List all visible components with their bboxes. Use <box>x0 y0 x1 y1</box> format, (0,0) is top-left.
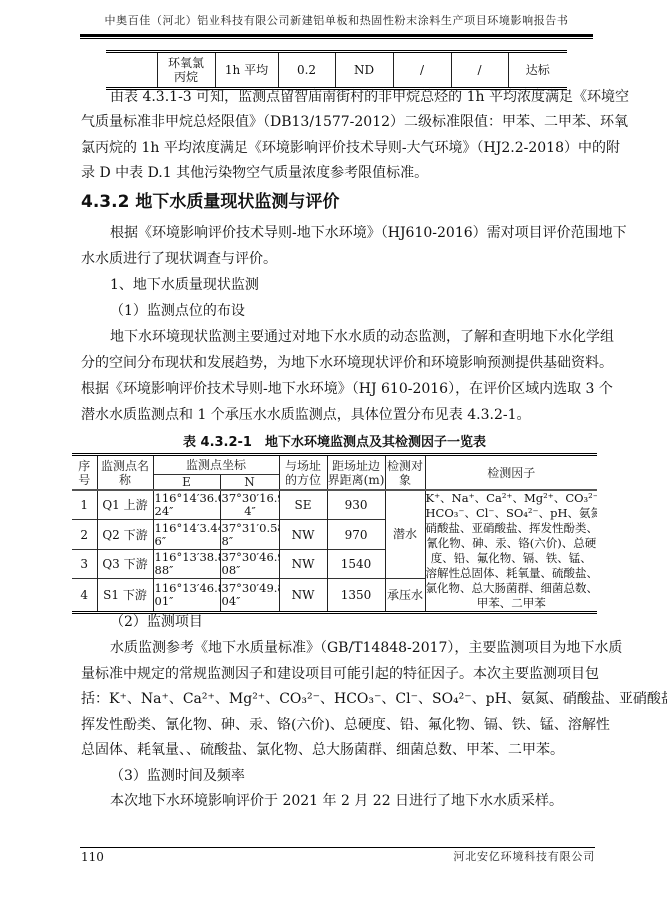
paragraph-line: 地下水环境现状监测主要通过对地下水水质的动态监测，了解和查明地下水化学组 <box>110 324 595 350</box>
cell-name: Q2 下游 <box>97 519 153 549</box>
header-line: 界距离(m) <box>328 473 385 487</box>
header-line: 称 <box>98 473 153 487</box>
table-cell: / <box>451 52 508 89</box>
cell-distance: 970 <box>327 519 385 549</box>
cell-line: 08″ <box>222 564 279 577</box>
cell-distance: 1540 <box>327 550 385 578</box>
cell-line: 37°30′49.85 <box>222 582 279 595</box>
cell-line: 6″ <box>155 535 220 548</box>
cell-longitude: 116°14′3.447 6″ <box>153 519 220 549</box>
cell-distance: 930 <box>327 490 385 519</box>
cell-line: 116°13′46.87 <box>155 582 220 595</box>
cell-line: 37°31′0.580 <box>222 522 279 535</box>
cell-line: 04″ <box>222 595 279 608</box>
column-header-e: E <box>153 475 220 491</box>
paragraph-line: 氯丙烷的 1h 平均浓度满足《环境影响评价技术导则-大气环境》（HJ2.2-20… <box>81 135 595 161</box>
cell-no: 1 <box>72 490 97 519</box>
cell-longitude: 116°13′46.87 01″ <box>153 578 220 612</box>
subsection-heading: （1）监测点位的布设 <box>110 298 595 324</box>
footer-rule <box>80 847 595 848</box>
table-header-row: 序 号 监测点名 称 监测点坐标 与场址 的方位 距场址边 界距离(m) 检测对… <box>72 455 597 475</box>
cell-longitude: 116°13′38.84 88″ <box>153 550 220 578</box>
paragraph-line: 总固体、耗氧量、、硫酸盐、氯化物、总大肠菌群、细菌总数、甲苯、二甲苯。 <box>81 737 595 763</box>
cell-line: 37°30′46.99 <box>222 551 279 564</box>
column-header-factors: 检测因子 <box>425 455 597 491</box>
cell-latitude: 37°31′0.580 8″ <box>220 519 279 549</box>
cell-line: 116°14′36.09 <box>155 492 220 505</box>
header-line: 序 <box>72 459 97 473</box>
table-cell: 1h 平均 <box>215 52 278 89</box>
column-header-n: N <box>220 475 279 491</box>
paragraph-line: 录 D 中表 D.1 其他污染物空气质量浓度参考限值标准。 <box>81 160 595 186</box>
header-line: 与场址 <box>280 459 327 473</box>
cell-line: 24″ <box>155 505 220 518</box>
paragraph-line: 潜水水质监测点和 1 个承压水水质监测点，具体位置分布见表 4.3.2-1。 <box>81 402 595 428</box>
cell-object-confined: 承压水 <box>385 578 425 612</box>
paragraph-line: 水质监测参考《地下水质量标准》（GB/T14848-2017），主要监测项目为地… <box>110 635 595 661</box>
report-header-title: 中奥百佳（河北）铝业科技有限公司新建铝单板和热固性粉末涂料生产项目环境影响报告书 <box>80 12 593 30</box>
column-header-no: 序 号 <box>72 455 97 491</box>
cell-no: 3 <box>72 550 97 578</box>
factor-line: 溶解性总固体、耗氧量、硫酸盐、 <box>426 566 598 581</box>
cell-no: 2 <box>72 519 97 549</box>
cell-name: S1 下游 <box>97 578 153 612</box>
cell-line: 丙烷 <box>158 70 215 84</box>
cell-object-phreatic: 潜水 <box>385 490 425 578</box>
cell-line: 116°14′3.447 <box>155 522 220 535</box>
header-line: 距场址边 <box>328 459 385 473</box>
section-heading: 4.3.2 地下水质量现状监测与评价 <box>81 189 339 215</box>
subsection-heading: （3）监测时间及频率 <box>110 763 595 789</box>
factor-line: 度、铅、氟化物、镉、铁、锰、 <box>426 551 598 566</box>
paragraph-line: 本次地下水环境影响评价于 2021 年 2 月 22 日进行了地下水水质采样。 <box>110 788 595 814</box>
table-cell <box>106 52 157 89</box>
cell-latitude: 37°30′46.99 08″ <box>220 550 279 578</box>
paragraph-line: 挥发性酚类、氰化物、砷、汞、铬(六价)、总硬度、铅、氟化物、镉、铁、锰、溶解性 <box>81 712 595 738</box>
header-line: 号 <box>72 473 97 487</box>
factor-line: 氯化物、总大肠菌群、细菌总数、 <box>426 581 598 596</box>
column-header-coordinates: 监测点坐标 <box>153 455 279 475</box>
factor-line: 硝酸盐、亚硝酸盐、挥发性酚类、 <box>426 521 598 536</box>
cell-line: 37°30′16.97 <box>222 492 279 505</box>
cell-line: 8″ <box>222 535 279 548</box>
paragraph-line: 分的空间分布现状和发展趋势，为地下水环境现状评价和环境影响预测提供基础资料。 <box>81 350 595 376</box>
factor-line: K⁺、Na⁺、Ca²⁺、Mg²⁺、CO₃²⁻、 <box>426 491 598 506</box>
cell-latitude: 37°30′16.97 4″ <box>220 490 279 519</box>
cell-name: Q1 上游 <box>97 490 153 519</box>
list-item-heading: 1、地下水质量现状监测 <box>110 272 595 298</box>
factor-line: HCO₃⁻、Cl⁻、SO₄²⁻、pH、氨氮、 <box>426 506 598 521</box>
factor-line: 氰化物、砷、汞、铬(六价)、总硬 <box>426 536 598 551</box>
cell-latitude: 37°30′49.85 04″ <box>220 578 279 612</box>
cell-name: Q3 下游 <box>97 550 153 578</box>
column-header-object: 检测对 象 <box>385 455 425 491</box>
table-caption: 表 4.3.2-1 地下水环境监测点及其检测因子一览表 <box>72 432 597 454</box>
table-cell: 达标 <box>508 52 567 89</box>
cell-line: 01″ <box>155 595 220 608</box>
cell-distance: 1350 <box>327 578 385 612</box>
cell-line: 环氧氯 <box>158 56 215 70</box>
column-header-direction: 与场址 的方位 <box>279 455 327 491</box>
page-number: 110 <box>81 849 104 865</box>
header-line: 的方位 <box>280 473 327 487</box>
table-cell: 0.2 <box>278 52 335 89</box>
header-line: 象 <box>386 473 425 487</box>
header-line: 检测对 <box>386 459 425 473</box>
table-cell-pollutant: 环氧氯 丙烷 <box>157 52 215 89</box>
header-line: 监测点名 <box>98 459 153 473</box>
footer-company: 河北安亿环境科技有限公司 <box>380 849 595 865</box>
paragraph-line: 括：K⁺、Na⁺、Ca²⁺、Mg²⁺、CO₃²⁻、HCO₃⁻、Cl⁻、SO₄²⁻… <box>81 686 595 712</box>
table-row: 环氧氯 丙烷 1h 平均 0.2 ND / / 达标 <box>106 52 567 89</box>
cell-direction: SE <box>279 490 327 519</box>
paragraph-line: 气质量标准非甲烷总烃限值》（DB13/1577-2012）二级标准限值：甲苯、二… <box>81 109 595 135</box>
cell-longitude: 116°14′36.09 24″ <box>153 490 220 519</box>
cell-line: 116°13′38.84 <box>155 551 220 564</box>
cell-direction: NW <box>279 519 327 549</box>
cell-no: 4 <box>72 578 97 612</box>
paragraph-line: 量标准中规定的常规监测因子和建设项目可能引起的特征因子。本次主要监测项目包 <box>81 661 595 687</box>
column-header-name: 监测点名 称 <box>97 455 153 491</box>
cell-line: 88″ <box>155 564 220 577</box>
cell-line: 4″ <box>222 505 279 518</box>
subsection-heading: （2）监测项目 <box>110 609 595 635</box>
cell-direction: NW <box>279 578 327 612</box>
header-rule-thick <box>80 34 593 37</box>
table-row: 1 Q1 上游 116°14′36.09 24″ 37°30′16.97 4″ … <box>72 490 597 519</box>
column-header-distance: 距场址边 界距离(m) <box>327 455 385 491</box>
cell-direction: NW <box>279 550 327 578</box>
table-cell: / <box>393 52 451 89</box>
paragraph-line: 根据《环境影响评价技术导则-地下水环境》（HJ 610-2016），在评价区域内… <box>81 376 595 402</box>
table-cell: ND <box>335 52 393 89</box>
cell-factors: K⁺、Na⁺、Ca²⁺、Mg²⁺、CO₃²⁻、 HCO₃⁻、Cl⁻、SO₄²⁻、… <box>425 490 597 613</box>
paragraph-line: 水水质进行了现状调查与评价。 <box>81 246 595 272</box>
paragraph-line: 根据《环境影响评价技术导则-地下水环境》（HJ610-2016）需对项目评价范围… <box>110 220 595 246</box>
paragraph-line: 由表 4.3.1-3 可知，监测点留智庙南街村的非甲烷总烃的 1h 平均浓度满足… <box>110 84 595 110</box>
monitoring-points-table: 序 号 监测点名 称 监测点坐标 与场址 的方位 距场址边 界距离(m) 检测对… <box>72 453 597 614</box>
header-rule-thin <box>80 38 593 39</box>
